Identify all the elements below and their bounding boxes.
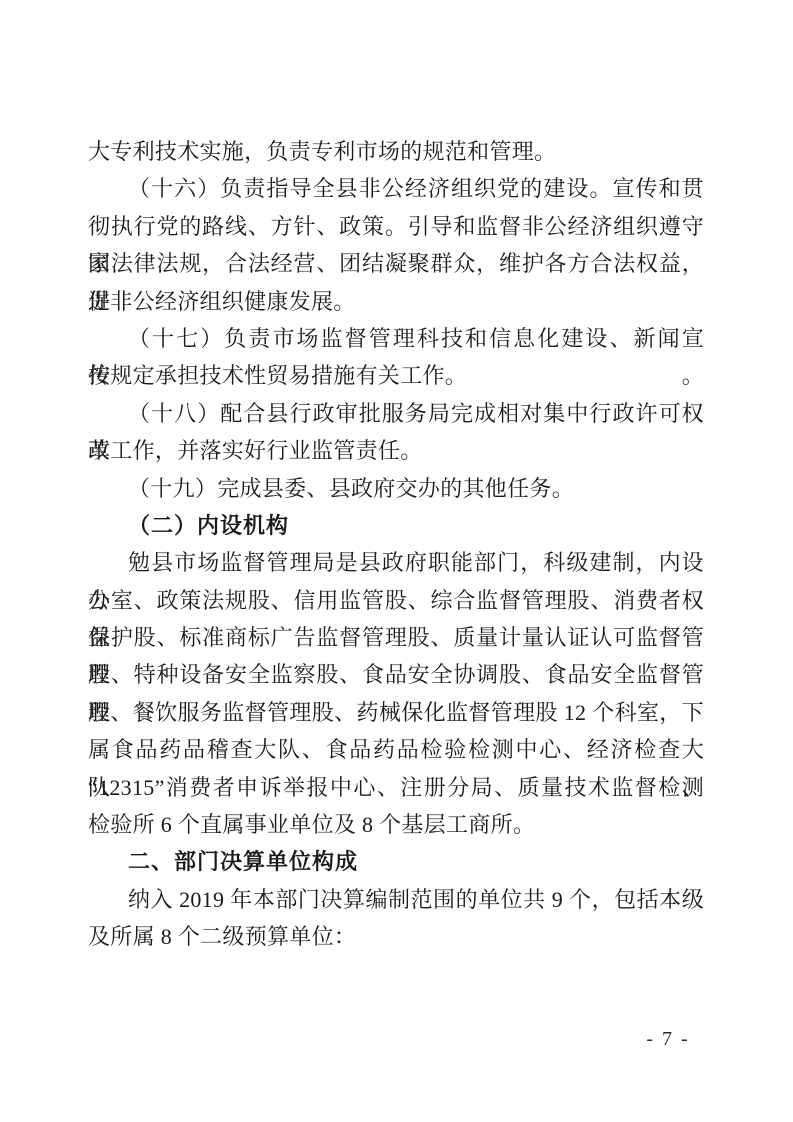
text-line: 股、餐饮服务监督管理股、药械保化监督管理股 12 个科室，下 <box>88 694 704 731</box>
text-line: 检验所 6 个直属事业单位及 8 个基层工商所。 <box>88 806 704 843</box>
text-line: （十七）负责市场监督管理科技和信息化建设、新闻宣传。 <box>88 320 704 357</box>
text-line: 勉县市场监督管理局是县政府职能部门，科级建制，内设办 <box>88 544 704 581</box>
heading-line: 二、部门决算单位构成 <box>88 843 704 880</box>
text-line: （十八）配合县行政审批服务局完成相对集中行政许可权改 <box>88 395 704 432</box>
text-line: 股、特种设备安全监察股、食品安全协调股、食品安全监督管理 <box>88 656 704 693</box>
text-line: （十六）负责指导全县非公经济组织党的建设。宣传和贯 <box>88 170 704 207</box>
text-line: 纳入 2019 年本部门决算编制范围的单位共 9 个，包括本级 <box>88 881 704 918</box>
text-line: 及所属 8 个二级预算单位： <box>88 918 704 955</box>
text-line: 进非公经济组织健康发展。 <box>88 283 704 320</box>
text-line: 公室、政策法规股、信用监管股、综合监督管理股、消费者权益 <box>88 582 704 619</box>
document-page: 大专利技术实施，负责专利市场的规范和管理。（十六）负责指导全县非公经济组织党的建… <box>0 0 793 1122</box>
text-line: 革工作，并落实好行业监管责任。 <box>88 432 704 469</box>
text-line: 属食品药品稽查大队、食品药品检验检测中心、经济检查大队、 <box>88 731 704 768</box>
heading-line: （二）内设机构 <box>88 507 704 544</box>
text-line: 大专利技术实施，负责专利市场的规范和管理。 <box>88 133 704 170</box>
page-number: - 7 - <box>628 1028 708 1051</box>
text-line: 家法律法规，合法经营、团结凝聚群众，维护各方合法权益，促 <box>88 245 704 282</box>
text-line: 彻执行党的路线、方针、政策。引导和监督非公经济组织遵守国 <box>88 208 704 245</box>
text-line: “12315”消费者申诉举报中心、注册分局、质量技术监督检测 <box>88 769 704 806</box>
document-body: 大专利技术实施，负责专利市场的规范和管理。（十六）负责指导全县非公经济组织党的建… <box>88 133 704 956</box>
text-line: （十九）完成县委、县政府交办的其他任务。 <box>88 470 704 507</box>
text-line: 保护股、标准商标广告监督管理股、质量计量认证认可监督管理 <box>88 619 704 656</box>
